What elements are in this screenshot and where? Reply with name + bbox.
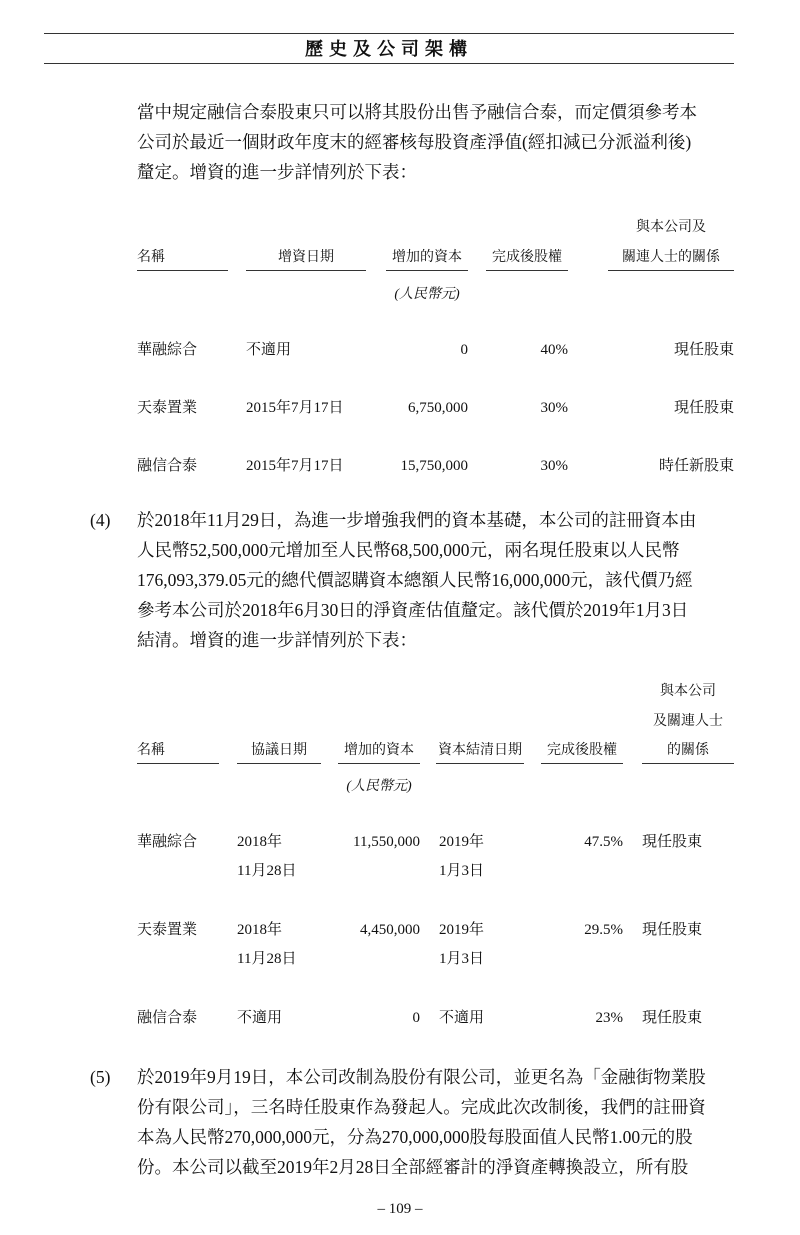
paragraph-line: 當中規定融信合泰股東只可以將其股份出售予融信合泰，而定價須參考本	[137, 97, 735, 127]
cell-capital: 4,450,000	[320, 920, 420, 940]
paragraph-line: 於2018年11月29日，為進一步增強我們的資本基礎，本公司的註冊資本由	[137, 505, 735, 535]
page-number: – 109 –	[0, 1201, 800, 1218]
column-header-equity: 完成後股權	[541, 740, 623, 760]
cell-relation: 現任股東	[642, 832, 702, 852]
cell-equity: 29.5%	[541, 920, 623, 940]
paragraph-line: 參考本公司於2018年6月30日的淨資產估值釐定。該代價於2019年1月3日	[137, 595, 735, 625]
cell-agreement-date-day: 11月28日	[237, 949, 296, 969]
section-5-paragraph: 於2019年9月19日，本公司改制為股份有限公司，並更名為「金融街物業股 份有限…	[137, 1062, 735, 1182]
paragraph-line: 份。本公司以截至2019年2月28日全部經審計的淨資產轉換設立，所有股	[137, 1152, 735, 1182]
cell-capital: 6,750,000	[366, 398, 468, 418]
cell-equity: 30%	[486, 398, 568, 418]
section-number: (5)	[90, 1062, 110, 1092]
cell-capital: 0	[320, 1008, 420, 1028]
paragraph-line: 於2019年9月19日，本公司改制為股份有限公司，並更名為「金融街物業股	[137, 1062, 735, 1092]
header-underline	[246, 270, 366, 271]
currency-unit: (人民幣元)	[386, 283, 468, 303]
cell-name: 天泰置業	[137, 398, 197, 418]
header-rule-top	[44, 33, 734, 34]
cell-agreement-date: 不適用	[237, 1008, 282, 1028]
cell-settlement-date: 不適用	[439, 1008, 484, 1028]
cell-relation: 現任股東	[608, 340, 734, 360]
cell-settlement-date-year: 2019年	[439, 920, 484, 940]
cell-name: 華融綜合	[137, 340, 197, 360]
header-underline	[642, 763, 734, 764]
cell-relation: 現任股東	[608, 398, 734, 418]
section-4-paragraph: 於2018年11月29日，為進一步增強我們的資本基礎，本公司的註冊資本由 人民幣…	[137, 505, 735, 655]
column-header-relation-line2: 關連人士的關係	[608, 247, 734, 267]
cell-agreement-date-day: 11月28日	[237, 861, 296, 881]
header-underline	[386, 270, 468, 271]
header-underline	[237, 763, 321, 764]
header-underline	[541, 763, 623, 764]
column-header-relation-line1: 與本公司及	[608, 217, 734, 237]
paragraph-line: 公司於最近一個財政年度末的經審核每股資產淨值(經扣減已分派溢利後)	[137, 127, 735, 157]
column-header-relation-line3: 的關係	[642, 740, 734, 760]
paragraph-line: 份有限公司」，三名時任股東作為發起人。完成此次改制後，我們的註冊資	[137, 1092, 735, 1122]
header-underline	[436, 763, 524, 764]
cell-relation: 時任新股東	[608, 456, 734, 476]
header-underline	[137, 763, 219, 764]
cell-capital: 15,750,000	[366, 456, 468, 476]
cell-name: 華融綜合	[137, 832, 197, 852]
paragraph-line: 釐定。增資的進一步詳情列於下表：	[137, 157, 735, 187]
page-title: 歷史及公司架構	[44, 38, 734, 62]
cell-equity: 47.5%	[541, 832, 623, 852]
cell-agreement-date-year: 2018年	[237, 920, 282, 940]
column-header-agreement-date: 協議日期	[237, 740, 321, 760]
column-header-capital: 增加的資本	[338, 740, 420, 760]
paragraph-line: 本為人民幣270,000,000元，分為270,000,000股每股面值人民幣1…	[137, 1122, 735, 1152]
header-underline	[338, 763, 420, 764]
intro-paragraph: 當中規定融信合泰股東只可以將其股份出售予融信合泰，而定價須參考本 公司於最近一個…	[137, 97, 735, 187]
header-underline	[137, 270, 228, 271]
cell-relation: 現任股東	[642, 1008, 702, 1028]
cell-capital: 0	[366, 340, 468, 360]
cell-name: 天泰置業	[137, 920, 197, 940]
cell-date: 2015年7月17日	[246, 456, 344, 476]
column-header-relation-line2: 及關連人士	[642, 711, 734, 731]
cell-name: 融信合泰	[137, 456, 197, 476]
header-rule-bottom	[44, 63, 734, 64]
column-header-equity: 完成後股權	[486, 247, 568, 267]
header-underline	[486, 270, 568, 271]
column-header-settlement-date: 資本結清日期	[436, 740, 524, 760]
cell-equity: 23%	[541, 1008, 623, 1028]
paragraph-line: 人民幣52,500,000元增加至人民幣68,500,000元，兩名現任股東以人…	[137, 535, 735, 565]
paragraph-line: 結清。增資的進一步詳情列於下表：	[137, 625, 735, 655]
cell-capital: 11,550,000	[320, 832, 420, 852]
cell-equity: 40%	[486, 340, 568, 360]
cell-name: 融信合泰	[137, 1008, 197, 1028]
column-header-name: 名稱	[137, 247, 165, 267]
header-underline	[608, 270, 734, 271]
column-header-date: 增資日期	[246, 247, 366, 267]
column-header-relation-line1: 與本公司	[642, 681, 734, 701]
cell-date: 不適用	[246, 340, 291, 360]
cell-relation: 現任股東	[642, 920, 702, 940]
cell-settlement-date-day: 1月3日	[439, 861, 484, 881]
section-number: (4)	[90, 505, 110, 535]
cell-settlement-date-year: 2019年	[439, 832, 484, 852]
cell-equity: 30%	[486, 456, 568, 476]
currency-unit: (人民幣元)	[338, 775, 420, 795]
column-header-capital: 增加的資本	[386, 247, 468, 267]
paragraph-line: 176,093,379.05元的總代價認購資本總額人民幣16,000,000元，…	[137, 565, 735, 595]
cell-agreement-date-year: 2018年	[237, 832, 282, 852]
column-header-name: 名稱	[137, 740, 165, 760]
cell-date: 2015年7月17日	[246, 398, 344, 418]
cell-settlement-date-day: 1月3日	[439, 949, 484, 969]
